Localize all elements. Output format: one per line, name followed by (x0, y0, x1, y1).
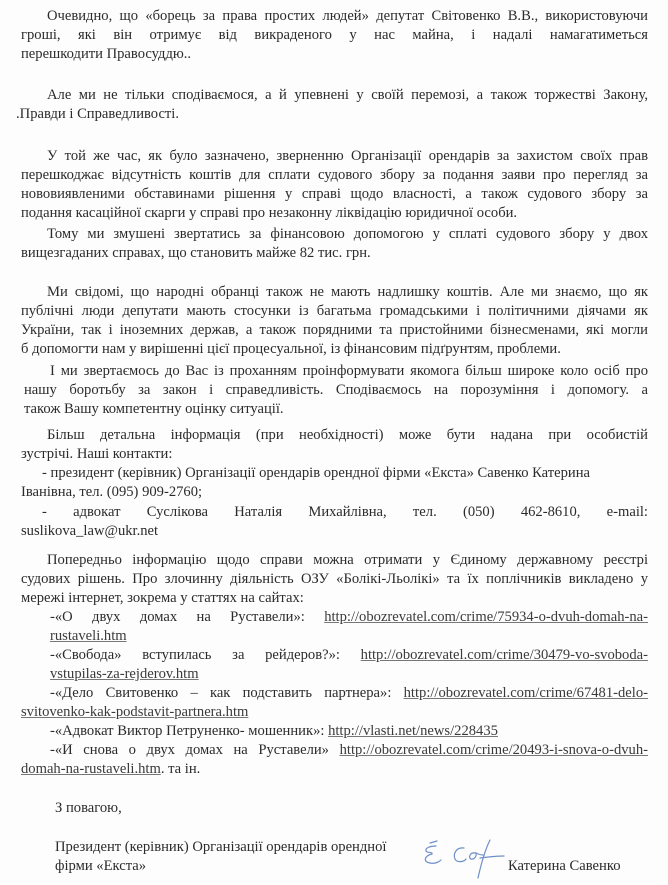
paragraph-line: України, так і іноземних держав, а також… (21, 321, 648, 340)
article-title: -«Адвокат Виктор Петруненко- мошенник»: (50, 723, 324, 739)
paragraph-5: Ми свідомі, що народні обранці також не … (21, 283, 648, 359)
article-suffix: . та ін. (161, 761, 201, 777)
paragraph-4: Тому ми змушені звертатись за фінансовою… (21, 225, 648, 263)
contact-lawyer: - адвокат Суслікова Наталія Михайлівна, … (21, 503, 648, 541)
article-link[interactable]: http://obozrevatel.com/crime/30479-vo-sv… (361, 647, 648, 663)
article-item-2: -«Свобода» вступилась за рейдеров?»: htt… (50, 646, 648, 684)
article-title: -«О двух домах на Руставели»: (50, 609, 305, 625)
paragraph-line: нововиявленими обставинами рішення у спр… (21, 185, 648, 204)
paragraph-line: мережі інтернет, зокрема у статтях на са… (21, 589, 648, 608)
paragraph-6: І ми звертаємось до Вас із проханням про… (24, 362, 648, 419)
article-title: -«Свобода» вступилась за рейдеров?»: (50, 647, 340, 663)
article-link[interactable]: http://obozrevatel.com/crime/75934-o-dvu… (324, 609, 648, 625)
paragraph-line: зустрічі. Наші контакти: (21, 445, 648, 464)
paragraph-line: І ми звертаємось до Вас із проханням про… (24, 362, 648, 381)
contact-line: Іванівна, тел. (095) 909-2760; (21, 483, 648, 502)
closing: З повагою, (55, 799, 355, 818)
signature-block: Президент (керівник) Організації орендар… (55, 838, 415, 876)
article-link[interactable]: http://obozrevatel.com/crime/20493-i-sno… (340, 742, 648, 758)
article-item-3: -«Дело Свитовенко – как подставить партн… (21, 684, 648, 722)
article-link-continuation[interactable]: domah-na-rustaveli.htm (21, 761, 161, 777)
document-page: Очевидно, що «борець за права простих лю… (0, 0, 668, 885)
article-title: -«И снова о двух домах на Руставели» (50, 742, 329, 758)
contact-line: - президент (керівник) Організації оренд… (21, 464, 648, 483)
article-line: -«И снова о двух домах на Руставели» htt… (21, 741, 648, 760)
signer-name: Катерина Савенко (508, 857, 621, 876)
paragraph-line: публічні люди депутати мають стосунки із… (21, 302, 648, 321)
paragraph-7: Більш детальна інформація (при необхідно… (21, 426, 648, 464)
paragraph-line: перешкодити Правосуддю.. (21, 45, 648, 64)
contact-line: - адвокат Суслікова Наталія Михайлівна, … (21, 503, 648, 522)
article-line: -«Свобода» вступилась за рейдеров?»: htt… (50, 646, 648, 665)
paragraph-line: Але ми не тільки сподіваємося, а й упевн… (21, 86, 648, 105)
paragraph-line: Ми свідомі, що народні обранці також не … (21, 283, 648, 302)
paragraph-line: Очевидно, що «борець за права простих лю… (21, 7, 648, 26)
contact-email: suslikova_law@ukr.net (21, 522, 648, 541)
paragraph-line: Тому ми змушені звертатись за фінансовою… (21, 225, 648, 244)
signer-position: фірми «Екста» (55, 857, 415, 876)
paragraph-line: нашу боротьбу за закон і справедливість.… (24, 381, 648, 400)
contact-president: - президент (керівник) Організації оренд… (21, 464, 648, 502)
article-item-1: -«О двух домах на Руставели»: http://obo… (50, 608, 648, 646)
paragraph-line: б допомогти нам у вирішенні цієї процесу… (21, 340, 648, 359)
article-line: -«Адвокат Виктор Петруненко- мошенник»: … (50, 722, 648, 741)
article-link-continuation[interactable]: rustaveli.htm (50, 628, 127, 644)
paragraph-line: .Правди і Справедливості. (16, 105, 648, 124)
article-title: -«Дело Свитовенко – как подставить партн… (50, 685, 391, 701)
signer-position: Президент (керівник) Організації орендар… (55, 838, 415, 857)
paragraph-1: Очевидно, що «борець за права простих лю… (21, 7, 648, 64)
paragraph-line: гроші, які він отримує від викраденого у… (21, 26, 648, 45)
article-line: -«Дело Свитовенко – как подставить партн… (21, 684, 648, 703)
article-link[interactable]: http://vlasti.net/news/228435 (328, 723, 498, 739)
paragraph-line: Попередньо інформацію щодо справи можна … (21, 551, 648, 570)
article-link-continuation[interactable]: svitovenko-kak-podstavit-partnera.htm (21, 704, 248, 720)
paragraph-line: У той же час, як було зазначено, звернен… (21, 147, 648, 166)
paragraph-line: подання касаційної скарги у справі про н… (21, 204, 648, 223)
paragraph-2: Але ми не тільки сподіваємося, а й упевн… (21, 86, 648, 124)
paragraph-line: судових рішень. Про злочинну діяльність … (21, 570, 648, 589)
registry-paragraph: Попередньо інформацію щодо справи можна … (21, 551, 648, 608)
article-item-4: -«Адвокат Виктор Петруненко- мошенник»: … (50, 722, 648, 741)
paragraph-line: також Вашу компетентну оцінку ситуації. (24, 400, 648, 419)
paragraph-3: У той же час, як було зазначено, звернен… (21, 147, 648, 223)
handwritten-signature-icon (420, 838, 520, 884)
paragraph-line: перешкоджає відсутність коштів для сплат… (21, 166, 648, 185)
article-link-continuation[interactable]: vstupilas-za-rejderov.htm (50, 666, 199, 682)
article-line: -«О двух домах на Руставели»: http://obo… (50, 608, 648, 627)
article-link[interactable]: http://obozrevatel.com/crime/67481-delo- (404, 685, 648, 701)
article-item-5: -«И снова о двух домах на Руставели» htt… (21, 741, 648, 779)
paragraph-line: вищезгаданих справах, що становить майже… (21, 244, 648, 263)
paragraph-line: Більш детальна інформація (при необхідно… (21, 426, 648, 445)
